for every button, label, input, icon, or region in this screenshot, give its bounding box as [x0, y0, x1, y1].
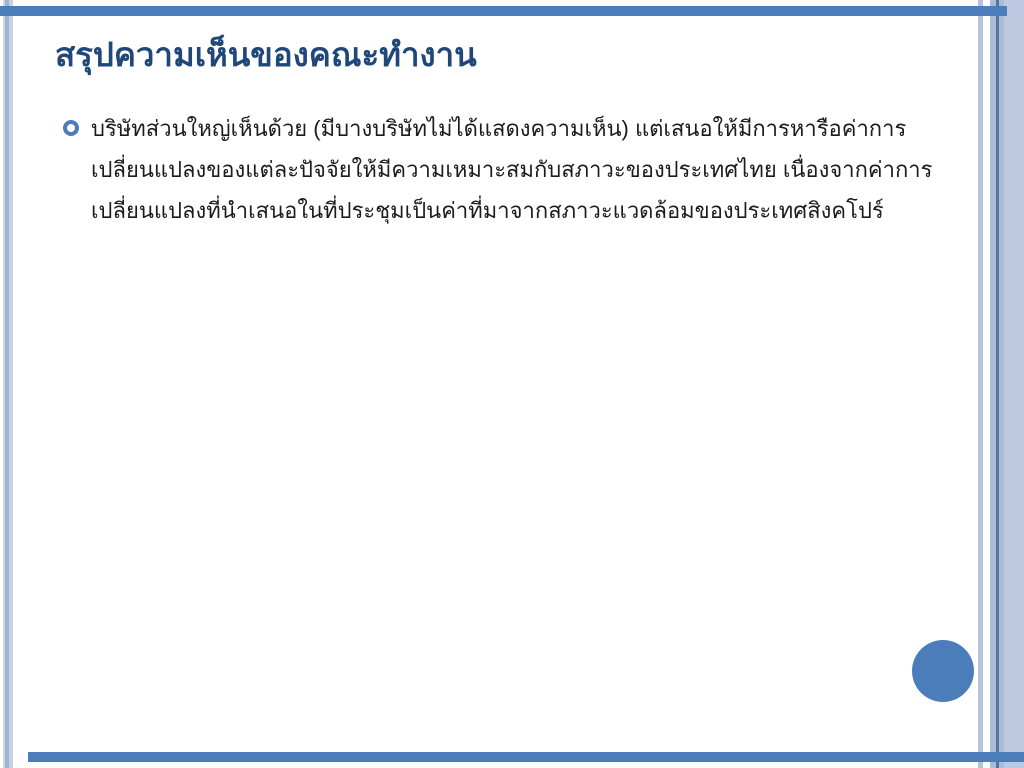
top-horizontal-rule [0, 6, 1007, 16]
bullet-text: บริษัทส่วนใหญ่เห็นด้วย (มีบางบริษัทไม่ได… [91, 108, 943, 231]
decorative-circle [912, 640, 974, 702]
bullet-text-line-2: เปลี่ยนแปลงของแต่ละปัจจัยให้มีความเหมาะส… [91, 149, 943, 190]
bullet-text-line-1: บริษัทส่วนใหญ่เห็นด้วย (มีบางบริษัทไม่ได… [91, 108, 943, 149]
bottom-horizontal-rule [28, 752, 1024, 762]
presentation-slide: สรุปความเห็นของคณะทำงาน บริษัทส่วนใหญ่เห… [0, 0, 1024, 768]
slide-title: สรุปความเห็นของคณะทำงาน [55, 30, 935, 80]
left-edge-stripes-ornament [3, 0, 13, 768]
right-edge-stripe-band-ornament [990, 0, 1024, 768]
bullet-item: บริษัทส่วนใหญ่เห็นด้วย (มีบางบริษัทไม่ได… [63, 108, 943, 231]
right-edge-thin-stripe-ornament [978, 0, 983, 768]
ring-bullet-icon [63, 120, 79, 136]
bullet-text-line-3: เปลี่ยนแปลงที่นำเสนอในที่ประชุมเป็นค่าที… [91, 190, 943, 231]
